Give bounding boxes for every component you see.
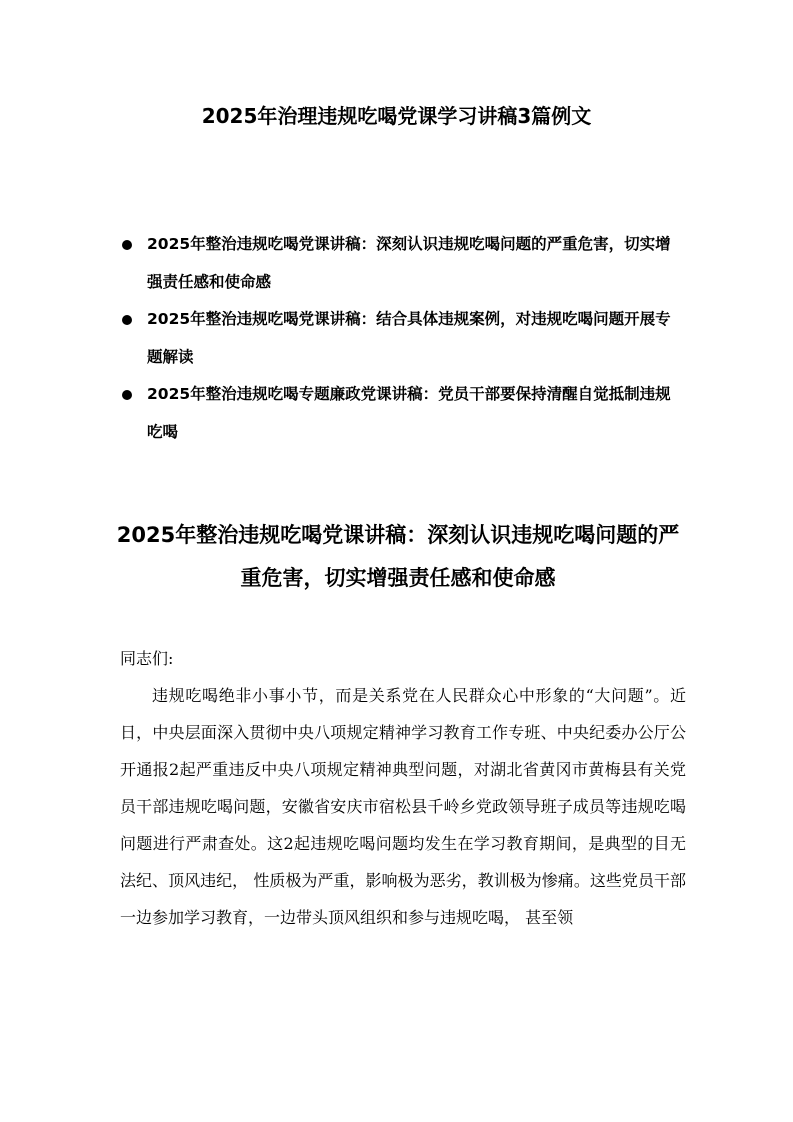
paragraph: 违规吃喝绝非小事小节，而是关系党在人民群众心中形象的“大问题”。近日，中央层面深… — [120, 677, 686, 936]
toc-item-text: 2025年整治违规吃喝党课讲稿：结合具体违规案例，对违规吃喝问题开展专题解读 — [147, 310, 671, 366]
document-title: 2025年治理违规吃喝党课学习讲稿3篇例文 — [0, 100, 793, 129]
toc-item-text: 2025年整治违规吃喝专题廉政党课讲稿：党员干部要保持清醒自觉抵制违规吃喝 — [147, 385, 671, 441]
bullet-icon — [122, 390, 132, 400]
bullet-icon — [122, 315, 132, 325]
document-body: 同志们: 违规吃喝绝非小事小节，而是关系党在人民群众心中形象的“大问题”。近日，… — [120, 640, 686, 936]
salutation: 同志们: — [120, 640, 686, 677]
toc-item: 2025年整治违规吃喝党课讲稿：结合具体违规案例，对违规吃喝问题开展专题解读 — [122, 301, 682, 376]
toc-item: 2025年整治违规吃喝党课讲稿：深刻认识违规吃喝问题的严重危害，切实增强责任感和… — [122, 226, 682, 301]
bullet-icon — [122, 240, 132, 250]
section-heading: 2025年整治违规吃喝党课讲稿：深刻认识违规吃喝问题的严重危害，切实增强责任感和… — [110, 514, 686, 600]
toc-item-text: 2025年整治违规吃喝党课讲稿：深刻认识违规吃喝问题的严重危害，切实增强责任感和… — [147, 235, 671, 291]
toc-item: 2025年整治违规吃喝专题廉政党课讲稿：党员干部要保持清醒自觉抵制违规吃喝 — [122, 376, 682, 451]
table-of-contents: 2025年整治违规吃喝党课讲稿：深刻认识违规吃喝问题的严重危害，切实增强责任感和… — [122, 226, 682, 451]
